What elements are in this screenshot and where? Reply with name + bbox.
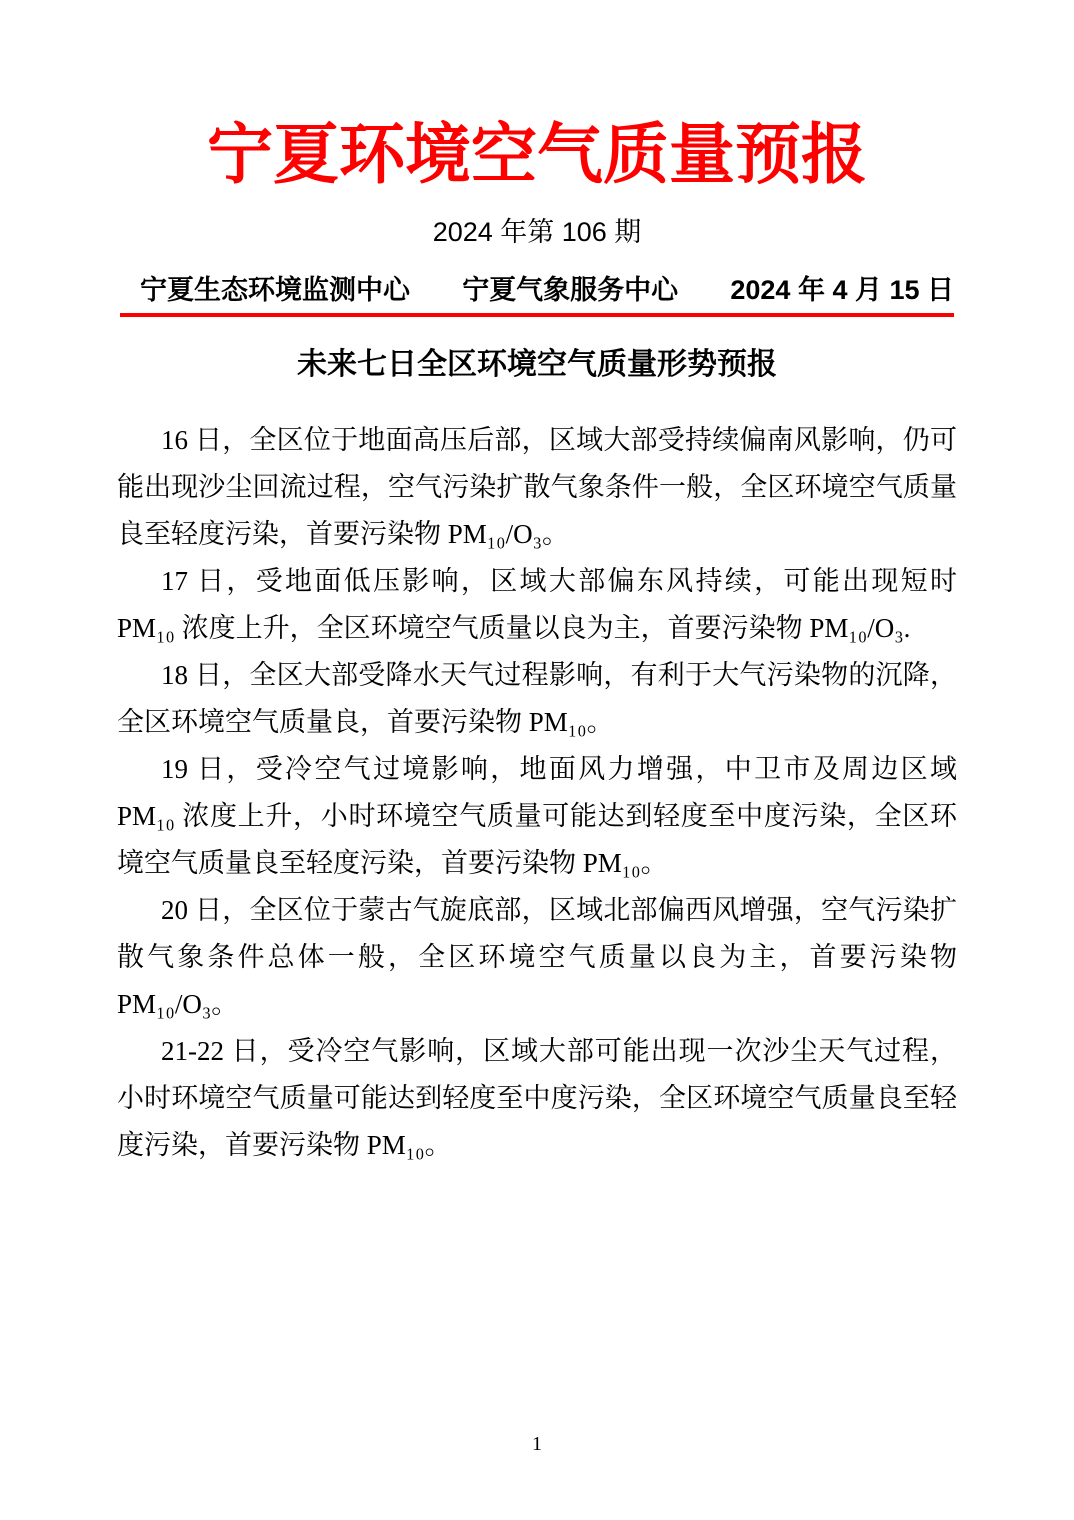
- paragraph-day20: 20 日，全区位于蒙古气旋底部，区域北部偏西风增强，空气污染扩散气象条件总体一般…: [117, 887, 957, 1028]
- page-number: 1: [0, 1432, 1074, 1456]
- paragraph-day21-22: 21-22 日，受冷空气影响，区域大部可能出现一次沙尘天气过程，小时环境空气质量…: [117, 1028, 957, 1169]
- forecast-body: 16 日，全区位于地面高压后部，区域大部受持续偏南风影响，仍可能出现沙尘回流过程…: [117, 417, 957, 1169]
- paragraph-day16: 16 日，全区位于地面高压后部，区域大部受持续偏南风影响，仍可能出现沙尘回流过程…: [117, 417, 957, 558]
- document-page: 宁夏环境空气质量预报 2024 年第 106 期 宁夏生态环境监测中心 宁夏气象…: [0, 0, 1074, 1520]
- paragraph-day19: 19 日，受冷空气过境影响，地面风力增强，中卫市及周边区域 PM₁₀ 浓度上升，…: [117, 746, 957, 887]
- section-title: 未来七日全区环境空气质量形势预报: [0, 347, 1074, 383]
- issuer-meteorological-center: 宁夏气象服务中心: [462, 274, 678, 306]
- issue-date: 2024 年 4 月 15 日: [730, 274, 954, 306]
- issuer-row: 宁夏生态环境监测中心 宁夏气象服务中心 2024 年 4 月 15 日: [120, 274, 954, 306]
- document-title: 宁夏环境空气质量预报: [0, 0, 1074, 196]
- red-divider-line: [120, 313, 954, 317]
- paragraph-day18: 18 日，全区大部受降水天气过程影响，有利于大气污染物的沉降，全区环境空气质量良…: [117, 652, 957, 746]
- issue-number: 2024 年第 106 期: [0, 216, 1074, 248]
- issuer-monitoring-center: 宁夏生态环境监测中心: [120, 274, 410, 306]
- paragraph-day17: 17 日，受地面低压影响，区域大部偏东风持续，可能出现短时 PM₁₀ 浓度上升，…: [117, 558, 957, 652]
